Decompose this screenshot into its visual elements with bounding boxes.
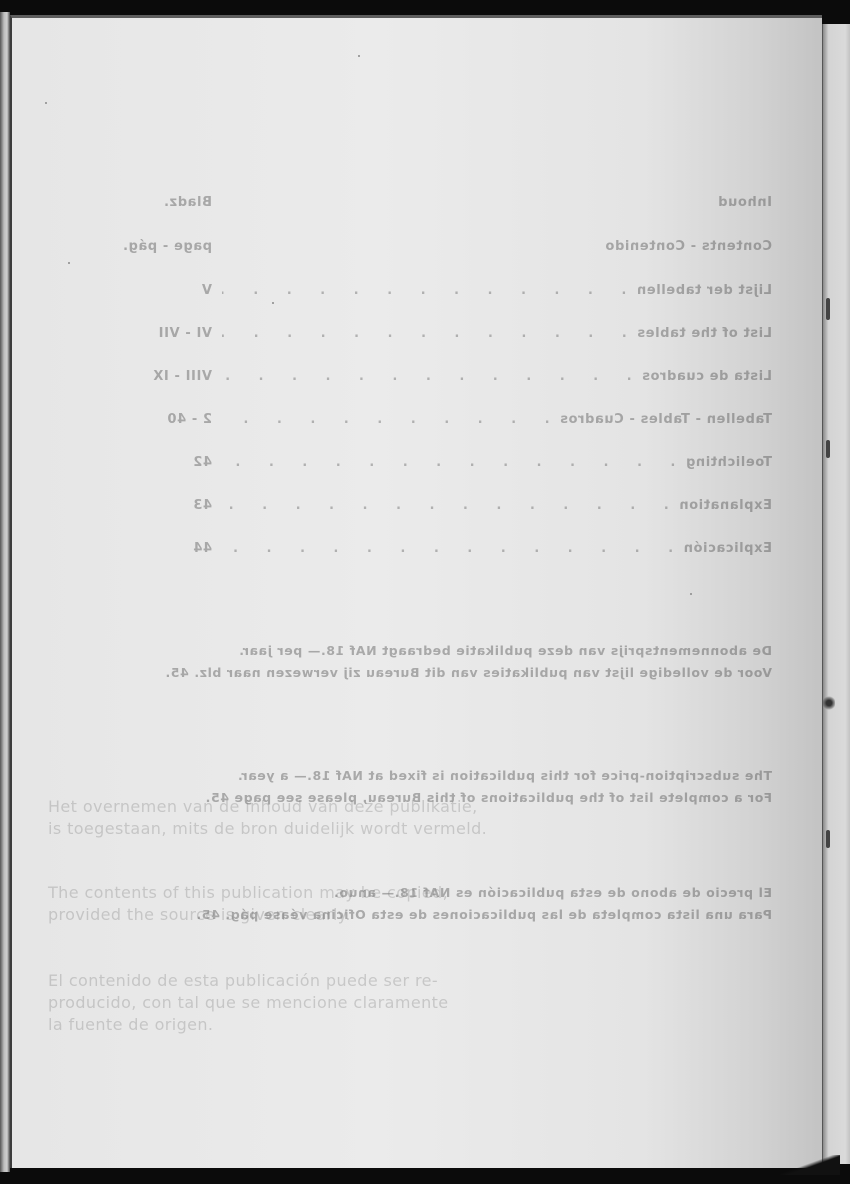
toc-entry-label: Explanation bbox=[679, 498, 772, 513]
toc-entry-pages: VI - VII bbox=[122, 326, 212, 341]
toc-entry-pages: 43 bbox=[122, 498, 212, 513]
book-left-edge bbox=[0, 12, 10, 1172]
toc-subtitle: Contents - Contenido bbox=[605, 239, 772, 283]
toc-page-heading: Bladz. bbox=[122, 195, 212, 239]
table-of-contents: Inhoud Bladz. Contents - Contenido page … bbox=[122, 195, 772, 584]
toc-entry-pages: 44 bbox=[122, 541, 212, 556]
toc-entry-label: Explicación bbox=[683, 541, 772, 556]
toc-subheader: Contents - Contenido page - pág. bbox=[122, 239, 772, 283]
toc-entry-label: List of the tables bbox=[637, 326, 772, 341]
toc-entry: Tabellen - Tables - Cuadros . . . . . . … bbox=[122, 412, 772, 455]
toc-entry: Lijst der tabellen . . . . . . . . . . .… bbox=[122, 283, 772, 326]
toc-entry-label: Lista de cuadros bbox=[642, 369, 772, 384]
toc-entry-label: Tabellen - Tables - Cuadros bbox=[560, 412, 772, 427]
dot-leader: . . . . . . . . . . . . . . . . . . . . … bbox=[222, 498, 669, 513]
toc-entry-pages: VIII - IX bbox=[122, 369, 212, 384]
copyright-notice-spanish: El contenido de esta publicación puede s… bbox=[48, 970, 518, 1036]
toc-entry: Explanation . . . . . . . . . . . . . . … bbox=[122, 498, 772, 541]
toc-page-subheading: page - pág. bbox=[122, 239, 212, 283]
copyright-line: provided the source is given clearly. bbox=[48, 904, 518, 926]
toc-title: Inhoud bbox=[718, 195, 772, 239]
toc-header: Inhoud Bladz. bbox=[122, 195, 772, 239]
copyright-notice-dutch: Het overnemen van de inhoud van deze pub… bbox=[48, 796, 518, 840]
toc-entry: Lista de cuadros . . . . . . . . . . . .… bbox=[122, 369, 772, 412]
note-line: De abonnementsprijs van deze publikatie … bbox=[92, 640, 772, 662]
dot-leader: . . . . . . . . . . . . . . . . . . . . … bbox=[222, 369, 632, 384]
copyright-line: The contents of this publication may be … bbox=[48, 882, 518, 904]
copyright-notice-english: The contents of this publication may be … bbox=[48, 882, 518, 926]
toc-entry: Explicación . . . . . . . . . . . . . . … bbox=[122, 541, 772, 584]
dot-leader: . . . . . . . . . . . . . . . . . . . . … bbox=[222, 283, 626, 298]
toc-entry-pages: 42 bbox=[122, 455, 212, 470]
toc-entry-pages: 2 - 40 bbox=[122, 412, 212, 427]
toc-entry-pages: V bbox=[122, 283, 212, 298]
dot-leader: . . . . . . . . . . . . . . . . . . . . … bbox=[222, 412, 550, 427]
note-line: The subscription-price for this publicat… bbox=[92, 765, 772, 787]
scanned-document: Inhoud Bladz. Contents - Contenido page … bbox=[0, 0, 850, 1184]
subscription-note-dutch: De abonnementsprijs van deze publikatie … bbox=[92, 640, 772, 684]
toc-entry-label: Toelichting bbox=[685, 455, 772, 470]
note-line: Voor de volledige lijst van publikaties … bbox=[92, 662, 772, 684]
copyright-line: Het overnemen van de inhoud van deze pub… bbox=[48, 796, 518, 818]
dot-leader: . . . . . . . . . . . . . . . . . . . . … bbox=[222, 326, 627, 341]
toc-entry: List of the tables . . . . . . . . . . .… bbox=[122, 326, 772, 369]
copyright-line: la fuente de origen. bbox=[48, 1014, 518, 1036]
copyright-line: is toegestaan, mits de bron duidelijk wo… bbox=[48, 818, 518, 840]
toc-entry: Toelichting . . . . . . . . . . . . . . … bbox=[122, 455, 772, 498]
binding-mark bbox=[826, 298, 830, 320]
adjacent-page-edge bbox=[822, 24, 850, 1164]
copyright-line: producido, con tal que se mencione clara… bbox=[48, 992, 518, 1014]
dot-leader: . . . . . . . . . . . . . . . . . . . . … bbox=[222, 455, 675, 470]
copyright-line: El contenido de esta publicación puede s… bbox=[48, 970, 518, 992]
toc-entry-label: Lijst der tabellen bbox=[636, 283, 772, 298]
binding-mark bbox=[826, 440, 830, 458]
binding-mark bbox=[826, 830, 830, 848]
binding-staple bbox=[823, 696, 835, 710]
dot-leader: . . . . . . . . . . . . . . . . . . . . … bbox=[222, 541, 673, 556]
